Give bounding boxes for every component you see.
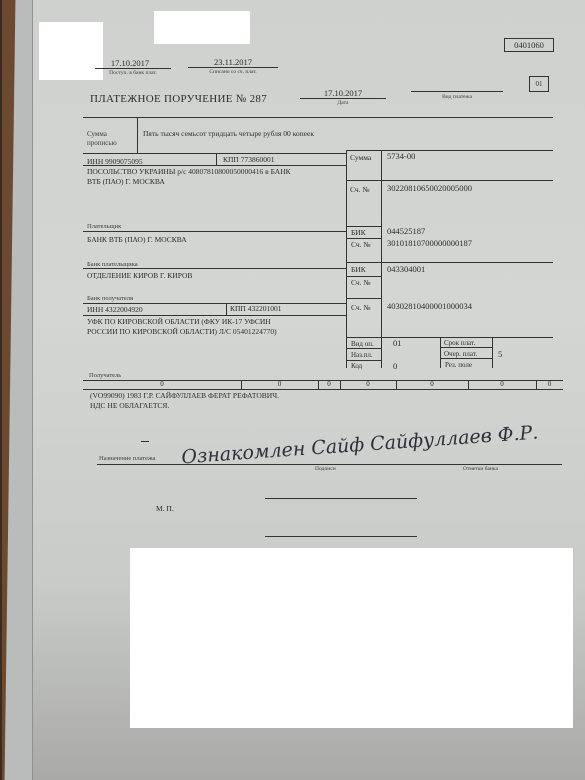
payer-bank-bik-value: 044525187	[387, 226, 425, 236]
divider	[83, 389, 563, 390]
payer-sum-value: 5734-00	[387, 151, 415, 161]
payee-account-value: 40302810400001000034	[387, 301, 472, 311]
divider	[346, 150, 553, 151]
divider	[346, 298, 381, 299]
purpose-line2: НДС НЕ ОБЛАГАЕТСЯ.	[90, 401, 169, 411]
divider	[381, 150, 382, 368]
divider	[83, 231, 346, 232]
tax-field: 0	[468, 380, 536, 389]
tax-field: 0	[536, 380, 563, 389]
redacted-block	[154, 11, 250, 44]
dash-mark	[141, 441, 149, 442]
divider	[340, 380, 341, 389]
divider	[188, 67, 278, 68]
handwritten-signature: Ознакомлен Сайф Сайфуллаев Ф.Р.	[181, 428, 539, 463]
redacted-block	[130, 548, 573, 728]
divider	[536, 380, 537, 389]
divider	[241, 380, 242, 389]
payee-inn: ИНН 4322004920	[87, 305, 143, 315]
divider	[318, 380, 319, 389]
divider	[216, 153, 217, 165]
tax-field: 0	[83, 380, 241, 389]
priority-value: 5	[498, 349, 502, 359]
payee-label: Получатель	[89, 373, 121, 379]
payment-order-document: 0401060 17.10.2017 Поступ. в банк плат. …	[32, 0, 585, 780]
stamp-label: М. П.	[156, 504, 174, 514]
payee-bank-label: Банк получателя	[87, 296, 133, 302]
divider	[346, 226, 381, 227]
tax-field: 0	[396, 380, 468, 389]
divider	[346, 150, 347, 368]
divider	[97, 464, 562, 465]
payer-kpp: КПП 773860001	[223, 155, 274, 165]
payer-name-line2: ВТБ (ПАО) Г. МОСКВА	[87, 177, 165, 187]
payee-bank-account-label: Сч. №	[351, 278, 371, 288]
payee-name-line2: РОССИИ ПО КИРОВСКОЙ ОБЛАСТИ) Л/С 0540122…	[87, 327, 277, 337]
status-code: 01	[529, 76, 549, 92]
divider	[346, 238, 381, 239]
divider	[440, 358, 492, 359]
purpose-line1: (VO99090) 1983 Г.Р. САЙФУЛЛАЕВ ФЕРАТ РЕФ…	[90, 391, 279, 401]
payer-account-label: Сч. №	[350, 185, 370, 195]
payee-account-label: Сч. №	[351, 303, 371, 313]
divider	[83, 165, 346, 166]
purpose-label: Назначение платежа	[99, 456, 155, 462]
divider	[492, 337, 493, 368]
divider	[226, 303, 227, 315]
document-date-label: Дата	[300, 100, 386, 106]
payer-name-line1: ПОСОЛЬСТВО УКРАИНЫ р/с 40807810800050000…	[87, 167, 291, 177]
divider	[346, 262, 553, 263]
document-title: ПЛАТЕЖНОЕ ПОРУЧЕНИЕ № 287	[90, 94, 267, 104]
payer-label: Плательщик	[87, 224, 121, 230]
bank-marks-label: Отметки банка	[463, 466, 498, 472]
payer-bank-name: БАНК ВТБ (ПАО) Г. МОСКВА	[87, 235, 187, 245]
tax-field: 0	[340, 380, 396, 389]
date-received: 17.10.2017	[95, 58, 165, 68]
divider	[346, 276, 381, 277]
payee-name-line1: УФК ПО КИРОВСКОЙ ОБЛАСТИ (ФКУ ИК-17 УФСИ…	[87, 317, 271, 327]
payee-bank-bik-value: 043304001	[387, 264, 425, 274]
payee-bank-bik-label: БИК	[351, 265, 366, 275]
payer-sum-label: Сумма	[350, 153, 371, 163]
divider	[83, 153, 346, 154]
purpose-code-label: Наз.пл.	[351, 350, 373, 360]
divider	[411, 91, 503, 92]
date-debited-label: Списано со сч. плат.	[188, 69, 278, 75]
signatures-label: Подписи	[315, 466, 336, 472]
date-debited: 23.11.2017	[188, 57, 278, 67]
signature-line	[265, 498, 417, 499]
date-received-label: Поступ. в банк плат.	[95, 70, 171, 76]
divider	[440, 337, 441, 368]
tax-field: 0	[241, 380, 318, 389]
amount-words: Пять тысяч семьсот тридцать четыре рубля…	[143, 129, 314, 139]
payee-kpp: КПП 432201001	[230, 304, 281, 314]
payee-bank-name: ОТДЕЛЕНИЕ КИРОВ Г. КИРОВ	[87, 271, 192, 281]
divider	[95, 68, 171, 69]
code-label: Код	[351, 361, 362, 371]
divider	[346, 348, 381, 349]
tax-field: 0	[318, 380, 340, 389]
reserve-label: Рез. поле	[445, 360, 472, 370]
divider	[83, 117, 553, 118]
divider	[137, 117, 138, 153]
divider	[396, 380, 397, 389]
divider	[468, 380, 469, 389]
divider	[83, 315, 346, 316]
code-value: 0	[393, 361, 397, 371]
redacted-block	[39, 22, 103, 80]
divider	[300, 98, 386, 99]
divider	[346, 180, 553, 181]
divider	[83, 303, 346, 304]
payer-bank-account-value: 30101810700000000187	[387, 238, 472, 248]
form-code: 0401060	[504, 38, 554, 52]
signature-line	[265, 536, 417, 537]
divider	[440, 347, 492, 348]
amount-words-label: Сумма прописью	[87, 130, 127, 148]
payer-account-value: 30220810650020005000	[387, 183, 472, 193]
payer-bank-bik-label: БИК	[351, 228, 366, 238]
op-type-value: 01	[393, 338, 402, 348]
document-date: 17.10.2017	[303, 88, 383, 98]
payment-type-label: Вид платежа	[411, 94, 503, 100]
payer-bank-account-label: Сч. №	[351, 240, 371, 250]
divider	[83, 268, 346, 269]
